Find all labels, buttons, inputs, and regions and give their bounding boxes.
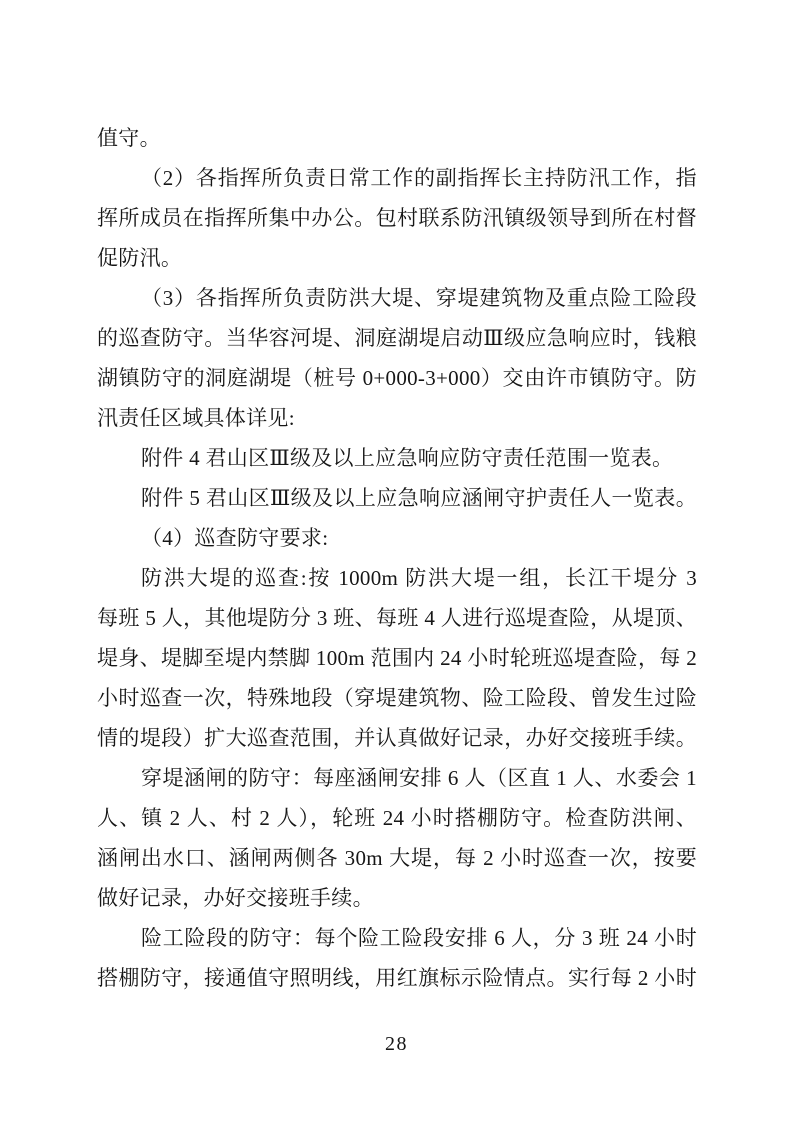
text-line: 小时巡查一次，特殊地段（穿堤建筑物、险工险段、曾发生过险 — [97, 678, 697, 718]
text-line: （2）各指挥所负责日常工作的副指挥长主持防汛工作，指 — [97, 158, 697, 198]
text-line: （3）各指挥所负责防洪大堤、穿堤建筑物及重点险工险段 — [97, 278, 697, 318]
document-page: 值守。（2）各指挥所负责日常工作的副指挥长主持防汛工作，指挥所成员在指挥所集中办… — [0, 0, 793, 1122]
text-line: 涵闸出水口、涵闸两侧各 30m 大堤，每 2 小时巡查一次，按要求 — [97, 838, 697, 878]
text-line: 搭棚防守，接通值守照明线，用红旗标示险情点。实行每 2 小时 — [97, 958, 697, 998]
text-line: 每班 5 人，其他堤防分 3 班、每班 4 人进行巡堤查险，从堤顶、 — [97, 598, 697, 638]
text-line: 人、镇 2 人、村 2 人），轮班 24 小时搭棚防守。检查防洪闸、 — [97, 798, 697, 838]
text-block: 值守。（2）各指挥所负责日常工作的副指挥长主持防汛工作，指挥所成员在指挥所集中办… — [97, 118, 697, 998]
text-line: 湖镇防守的洞庭湖堤（桩号 0+000-3+000）交由许市镇防守。防 — [97, 358, 697, 398]
text-line: 险工险段的防守：每个险工险段安排 6 人，分 3 班 24 小时 — [97, 918, 697, 958]
text-line: 附件 4 君山区Ⅲ级及以上应急响应防守责任范围一览表。 — [97, 438, 697, 478]
text-line: 堤身、堤脚至堤内禁脚 100m 范围内 24 小时轮班巡堤查险，每 2 — [97, 638, 697, 678]
text-line: 穿堤涵闸的防守：每座涵闸安排 6 人（区直 1 人、水委会 1 — [97, 758, 697, 798]
text-line: 汛责任区域具体详见: — [97, 398, 697, 438]
text-line: 情的堤段）扩大巡查范围，并认真做好记录，办好交接班手续。 — [97, 718, 697, 758]
text-line: 挥所成员在指挥所集中办公。包村联系防汛镇级领导到所在村督 — [97, 198, 697, 238]
text-line: 防洪大堤的巡查:按 1000m 防洪大堤一组，长江干堤分 3 班、 — [97, 558, 697, 598]
text-line: 做好记录，办好交接班手续。 — [97, 878, 697, 918]
text-line: 促防汛。 — [97, 238, 697, 278]
text-line: 值守。 — [97, 118, 697, 158]
page-number: 28 — [0, 1028, 793, 1060]
text-line: 的巡查防守。当华容河堤、洞庭湖堤启动Ⅲ级应急响应时，钱粮 — [97, 318, 697, 358]
text-line: （4）巡查防守要求: — [97, 518, 697, 558]
text-line: 附件 5 君山区Ⅲ级及以上应急响应涵闸守护责任人一览表。 — [97, 478, 697, 518]
